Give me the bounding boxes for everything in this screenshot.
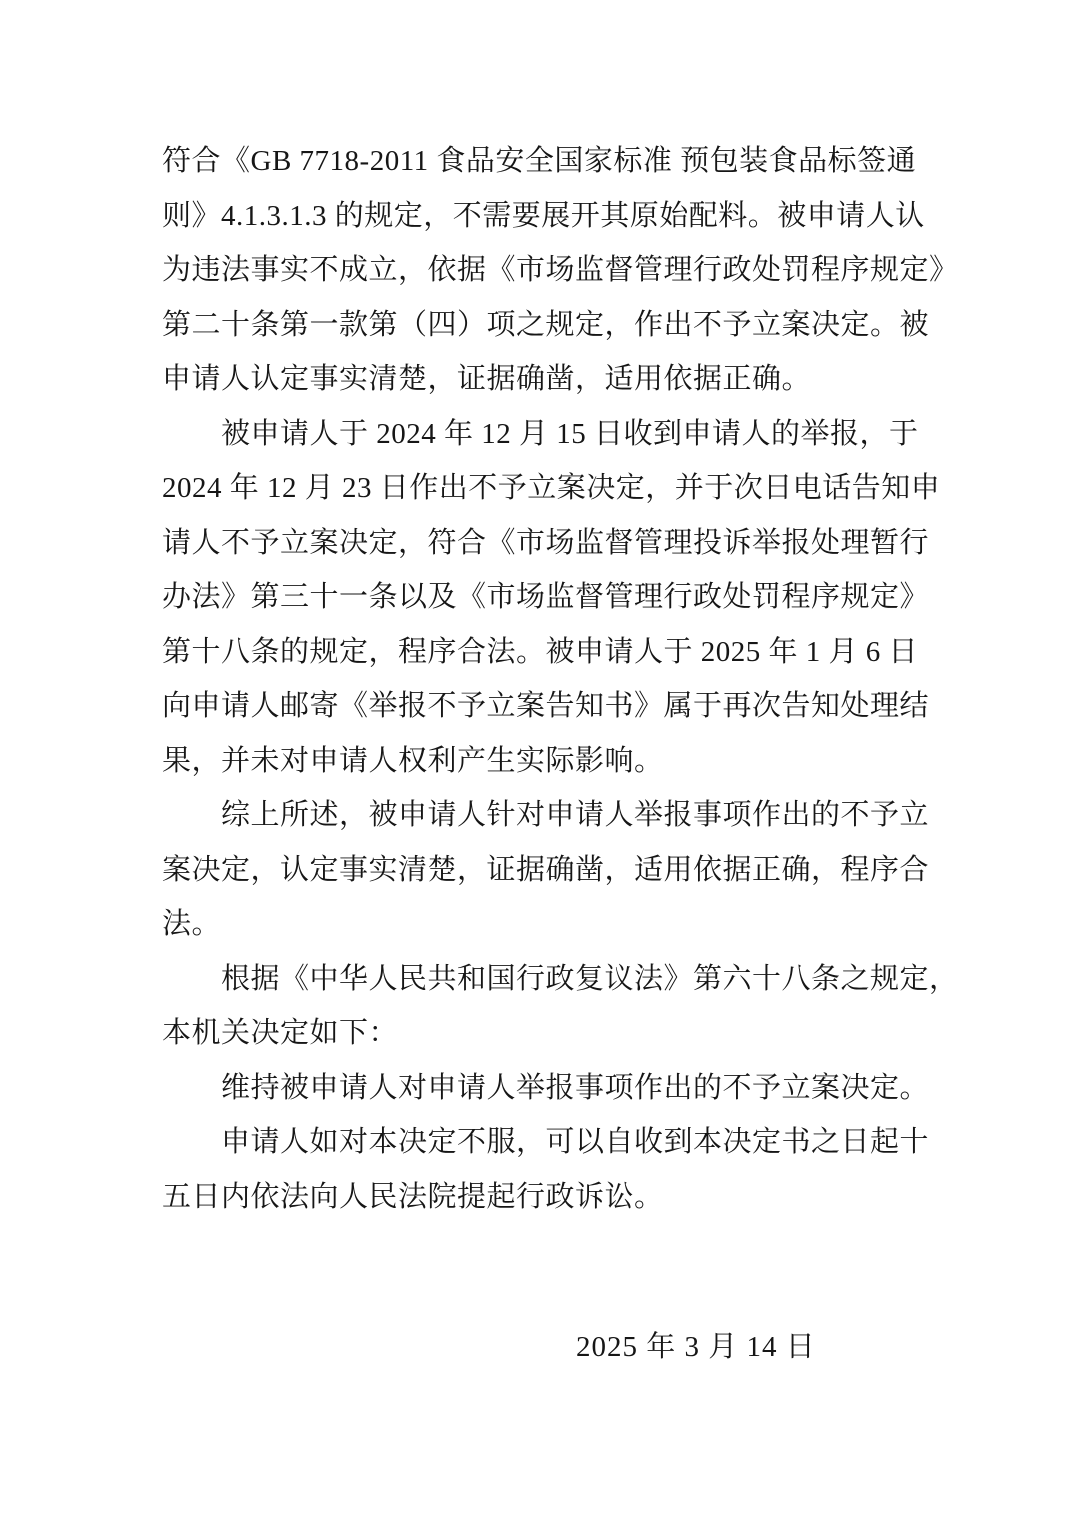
document-date: 2025 年 3 月 14 日	[162, 1320, 920, 1375]
text-line: 根据《中华人民共和国行政复议法》第六十八条之规定，	[162, 952, 920, 1007]
text-line: 第十八条的规定，程序合法。被申请人于 2025 年 1 月 6 日	[162, 625, 920, 680]
text-line: 为违法事实不成立，依据《市场监督管理行政处罚程序规定》	[162, 243, 920, 298]
text-line: 符合《GB 7718-2011 食品安全国家标准 预包装食品标签通	[162, 134, 920, 189]
text-line: 被申请人于 2024 年 12 月 15 日收到申请人的举报，于	[162, 407, 920, 462]
text-line: 五日内依法向人民法院提起行政诉讼。	[162, 1170, 920, 1225]
text-line: 法。	[162, 897, 920, 952]
text-line: 第二十条第一款第（四）项之规定，作出不予立案决定。被	[162, 298, 920, 353]
text-line: 果，并未对申请人权利产生实际影响。	[162, 734, 920, 789]
text-line: 办法》第三十一条以及《市场监督管理行政处罚程序规定》	[162, 570, 920, 625]
text-line: 请人不予立案决定，符合《市场监督管理投诉举报处理暂行	[162, 516, 920, 571]
text-line: 本机关决定如下：	[162, 1006, 920, 1061]
document-page: 符合《GB 7718-2011 食品安全国家标准 预包装食品标签通 则》4.1.…	[0, 0, 920, 1375]
text-line: 申请人如对本决定不服，可以自收到本决定书之日起十	[162, 1115, 920, 1170]
text-line: 向申请人邮寄《举报不予立案告知书》属于再次告知处理结	[162, 679, 920, 734]
text-line: 则》4.1.3.1.3 的规定，不需要展开其原始配料。被申请人认	[162, 189, 920, 244]
text-line: 案决定，认定事实清楚，证据确凿，适用依据正确，程序合	[162, 843, 920, 898]
text-line: 2024 年 12 月 23 日作出不予立案决定，并于次日电话告知申	[162, 461, 920, 516]
document-body: 符合《GB 7718-2011 食品安全国家标准 预包装食品标签通 则》4.1.…	[162, 134, 920, 1224]
text-line: 申请人认定事实清楚，证据确凿，适用依据正确。	[162, 352, 920, 407]
text-line: 维持被申请人对申请人举报事项作出的不予立案决定。	[162, 1061, 920, 1116]
text-line: 综上所述，被申请人针对申请人举报事项作出的不予立	[162, 788, 920, 843]
